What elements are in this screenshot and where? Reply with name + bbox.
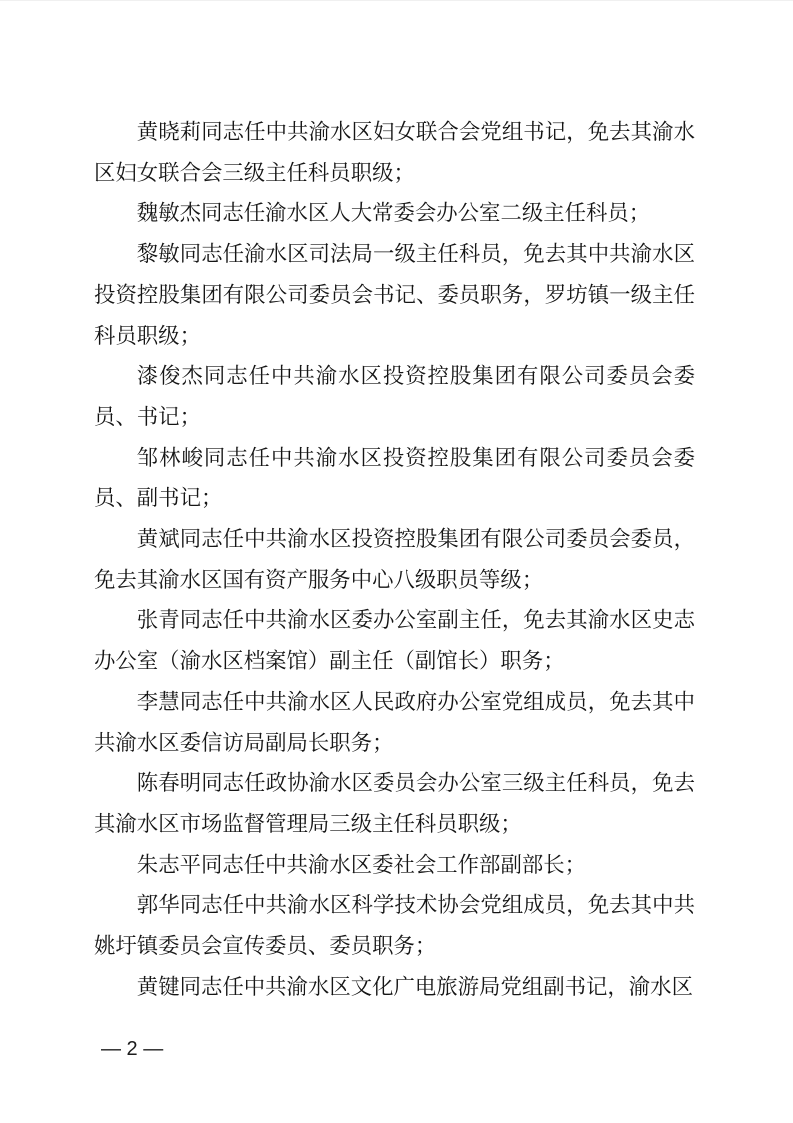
paragraph: 黄斌同志任中共渝水区投资控股集团有限公司委员会委员，免去其渝水区国有资产服务中心… [94,519,695,600]
paragraph: 邹林峻同志任中共渝水区投资控股集团有限公司委员会委员、副书记； [94,438,695,519]
paragraph: 黄键同志任中共渝水区文化广电旅游局党组副书记，渝水区 [94,967,695,1008]
paragraph: 郭华同志任中共渝水区科学技术协会党组成员，免去其中共姚圩镇委员会宣传委员、委员职… [94,885,695,966]
document-page: 黄晓莉同志任中共渝水区妇女联合会党组书记，免去其渝水区妇女联合会三级主任科员职级… [0,0,793,1123]
paragraph: 黄晓莉同志任中共渝水区妇女联合会党组书记，免去其渝水区妇女联合会三级主任科员职级… [94,112,695,193]
document-body: 黄晓莉同志任中共渝水区妇女联合会党组书记，免去其渝水区妇女联合会三级主任科员职级… [94,112,695,1007]
paragraph: 魏敏杰同志任渝水区人大常委会办公室二级主任科员； [94,193,695,234]
paragraph: 黎敏同志任渝水区司法局一级主任科员，免去其中共渝水区投资控股集团有限公司委员会书… [94,234,695,356]
paragraph: 张青同志任中共渝水区委办公室副主任，免去其渝水区史志办公室（渝水区档案馆）副主任… [94,600,695,681]
paragraph: 漆俊杰同志任中共渝水区投资控股集团有限公司委员会委员、书记； [94,356,695,437]
paragraph: 李慧同志任中共渝水区人民政府办公室党组成员，免去其中共渝水区委信访局副局长职务； [94,682,695,763]
page-number: — 2 — [101,1037,163,1061]
paragraph: 朱志平同志任中共渝水区委社会工作部副部长； [94,845,695,886]
paragraph: 陈春明同志任政协渝水区委员会办公室三级主任科员，免去其渝水区市场监督管理局三级主… [94,763,695,844]
